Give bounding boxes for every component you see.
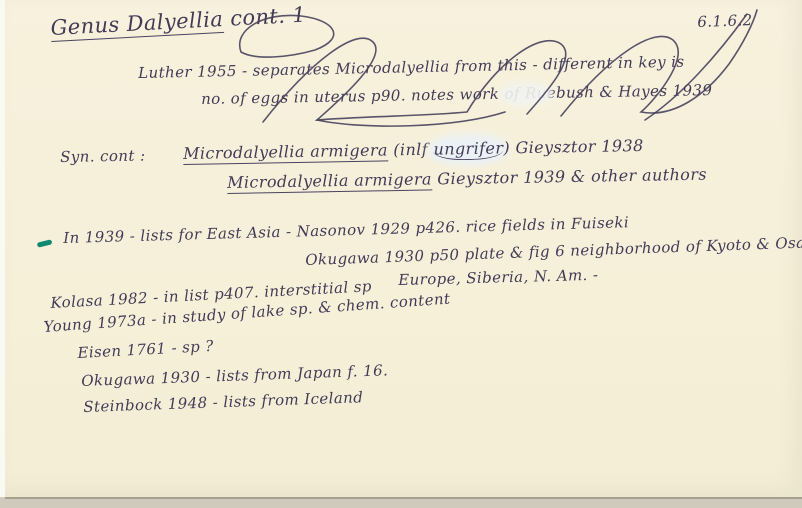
- luther-note-line1: Luther 1955 - separates Microdalyellia f…: [138, 53, 685, 82]
- paren-open: (inlf: [388, 140, 434, 160]
- author-year-1: ) Gieysztor 1938: [503, 136, 644, 157]
- species-name-2: Microdalyellia armigera: [227, 169, 432, 194]
- synonym-line-1: Microdalyellia armigera (inlf ungrifer) …: [183, 136, 644, 163]
- crossout-zigzag-left: [263, 38, 566, 122]
- author-year-2: Gieysztor 1939 & other authors: [432, 165, 707, 189]
- index-card-scan: Genus Dalyellia cont. 1 6.1.6.2 Luther 1…: [0, 0, 802, 508]
- corner-code: 6.1.6.2: [697, 11, 753, 31]
- heading-cont: cont. 1: [223, 3, 307, 31]
- entry-eisen: Eisen 1761 - sp ?: [77, 337, 214, 362]
- entry-steinbock: Steinbock 1948 - lists from Iceland: [83, 388, 364, 416]
- species-name-1: Microdalyellia armigera: [183, 140, 388, 165]
- entry-distribution: Europe, Siberia, N. Am. -: [398, 266, 599, 289]
- species-inner-corrected: ungrifer: [433, 138, 503, 160]
- index-card: Genus Dalyellia cont. 1 6.1.6.2 Luther 1…: [5, 0, 802, 497]
- crossout-tail: [317, 112, 505, 126]
- luther-note-line2: no. of eggs in uterus p90. notes work of…: [201, 81, 712, 108]
- synonym-line-2: Microdalyellia armigera Gieysztor 1939 &…: [227, 165, 707, 192]
- card-heading: Genus Dalyellia cont. 1: [50, 3, 307, 40]
- entry-okugawa-detail: Okugawa 1930 p50 plate & fig 6 neighborh…: [305, 233, 802, 269]
- whiteout-patch: [503, 86, 549, 102]
- genus-title: Genus Dalyellia: [50, 7, 224, 42]
- entry-okugawa-lists: Okugawa 1930 - lists from Japan f. 16.: [81, 361, 388, 390]
- syn-label: Syn. cont :: [60, 147, 146, 166]
- teal-dash-mark: [37, 239, 53, 247]
